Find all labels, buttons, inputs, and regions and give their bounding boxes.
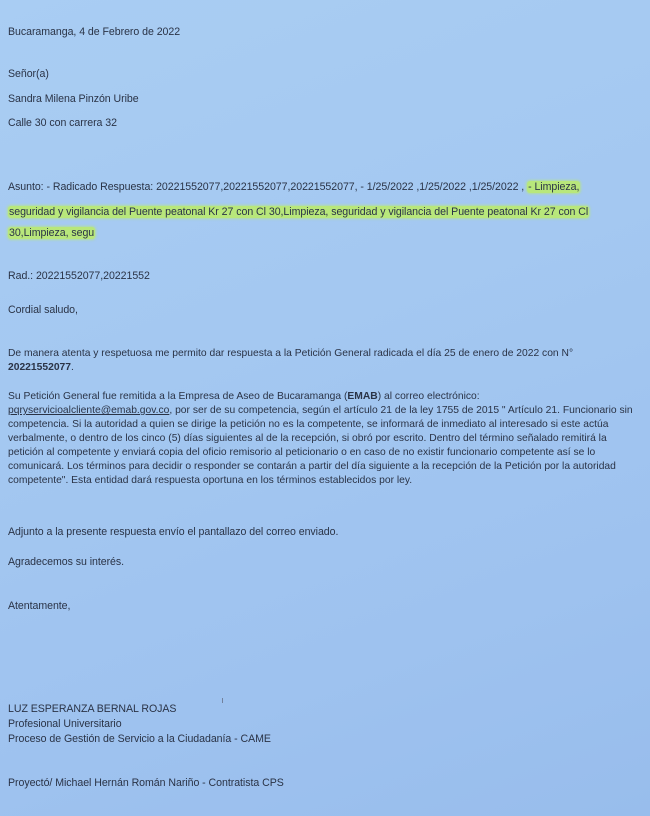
- subject-text: Asunto: - Radicado Respuesta: 2022155207…: [8, 181, 527, 193]
- rad-number: Rad.: 20221552077,20221552: [8, 270, 150, 283]
- closing: Atentamente,: [8, 600, 70, 613]
- recipient-title: Señor(a): [8, 68, 49, 81]
- period: .: [71, 362, 74, 373]
- paragraph-text: , por ser de su competencia, según el ar…: [8, 405, 633, 486]
- petition-number: 20221552077: [8, 362, 71, 373]
- subject-line-3: 30,Limpieza, segu: [8, 227, 95, 240]
- paragraph-response: De manera atenta y respetuosa me permito…: [8, 347, 640, 375]
- place-date: Bucaramanga, 4 de Febrero de 2022: [8, 26, 180, 39]
- attachment-note: Adjunto a la presente respuesta envío el…: [8, 526, 338, 539]
- subject-highlight: 30,Limpieza, segu: [8, 227, 95, 239]
- signatory-department: Proceso de Gestión de Servicio a la Ciud…: [8, 733, 271, 746]
- signatory-name: LUZ ESPERANZA BERNAL ROJAS: [8, 703, 176, 716]
- ink-mark: [222, 698, 223, 703]
- subject-highlight: - Limpieza,: [527, 181, 580, 193]
- subject-line-2: seguridad y vigilancia del Puente peaton…: [8, 206, 589, 219]
- recipient-name: Sandra Milena Pinzón Uribe: [8, 93, 139, 106]
- paragraph-text: Su Petición General fue remitida a la Em…: [8, 391, 347, 402]
- greeting: Cordial saludo,: [8, 304, 78, 317]
- thanks: Agradecemos su interés.: [8, 556, 124, 569]
- org-acronym: EMAB: [347, 391, 377, 402]
- paragraph-referral: Su Petición General fue remitida a la Em…: [8, 390, 640, 488]
- letter-page: Bucaramanga, 4 de Febrero de 2022 Señor(…: [0, 0, 650, 816]
- paragraph-text: ) al correo electrónico:: [378, 391, 480, 402]
- email-link[interactable]: pqryservicioalcliente@emab.gov.co: [8, 405, 169, 416]
- signatory-title: Profesional Universitario: [8, 718, 122, 731]
- recipient-address: Calle 30 con carrera 32: [8, 117, 117, 130]
- subject-line-1: Asunto: - Radicado Respuesta: 2022155207…: [8, 181, 580, 194]
- prepared-by: Proyectó/ Michael Hernán Román Nariño - …: [8, 777, 284, 790]
- subject-highlight: seguridad y vigilancia del Puente peaton…: [8, 206, 589, 218]
- paragraph-text: De manera atenta y respetuosa me permito…: [8, 348, 573, 359]
